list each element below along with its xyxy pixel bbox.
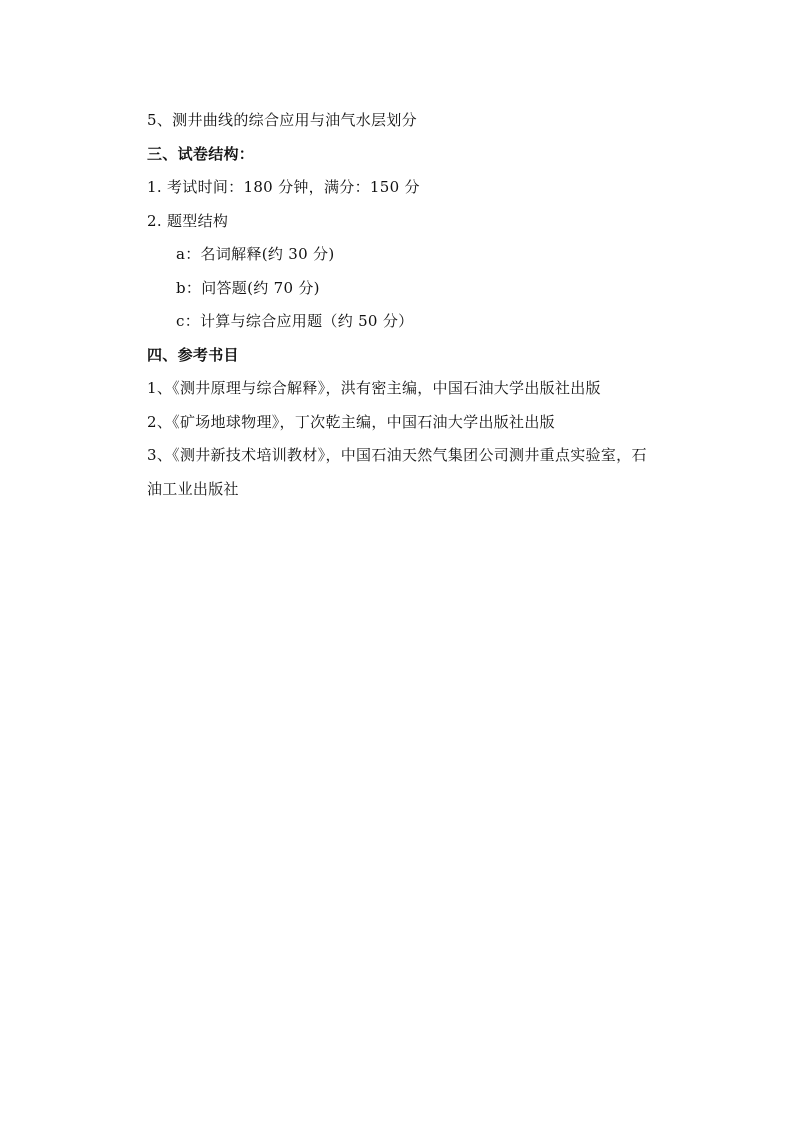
question-type-c: c：计算与综合应用题（约 50 分）	[147, 305, 687, 339]
reference-item-1: 1、《测井原理与综合解释》，洪有密主编，中国石油大学出版社出版	[147, 372, 687, 406]
exam-time-item: 1. 考试时间：180 分钟，满分：150 分	[147, 171, 687, 205]
question-type-b: b：问答题(约 70 分)	[147, 272, 687, 306]
question-type-a: a：名词解释(约 30 分)	[147, 238, 687, 272]
reference-item-3-continued: 油工业出版社	[147, 473, 687, 507]
section-heading-exam-structure: 三、试卷结构：	[147, 138, 687, 172]
document-page: 5、测井曲线的综合应用与油气水层划分 三、试卷结构： 1. 考试时间：180 分…	[147, 104, 687, 506]
reference-item-2: 2、《矿场地球物理》，丁次乾主编，中国石油大学出版社出版	[147, 406, 687, 440]
reference-item-3: 3、《测井新技术培训教材》，中国石油天然气集团公司测井重点实验室，石	[147, 439, 687, 473]
question-type-item: 2. 题型结构	[147, 205, 687, 239]
topic-item-5: 5、测井曲线的综合应用与油气水层划分	[147, 104, 687, 138]
section-heading-references: 四、参考书目	[147, 339, 687, 373]
